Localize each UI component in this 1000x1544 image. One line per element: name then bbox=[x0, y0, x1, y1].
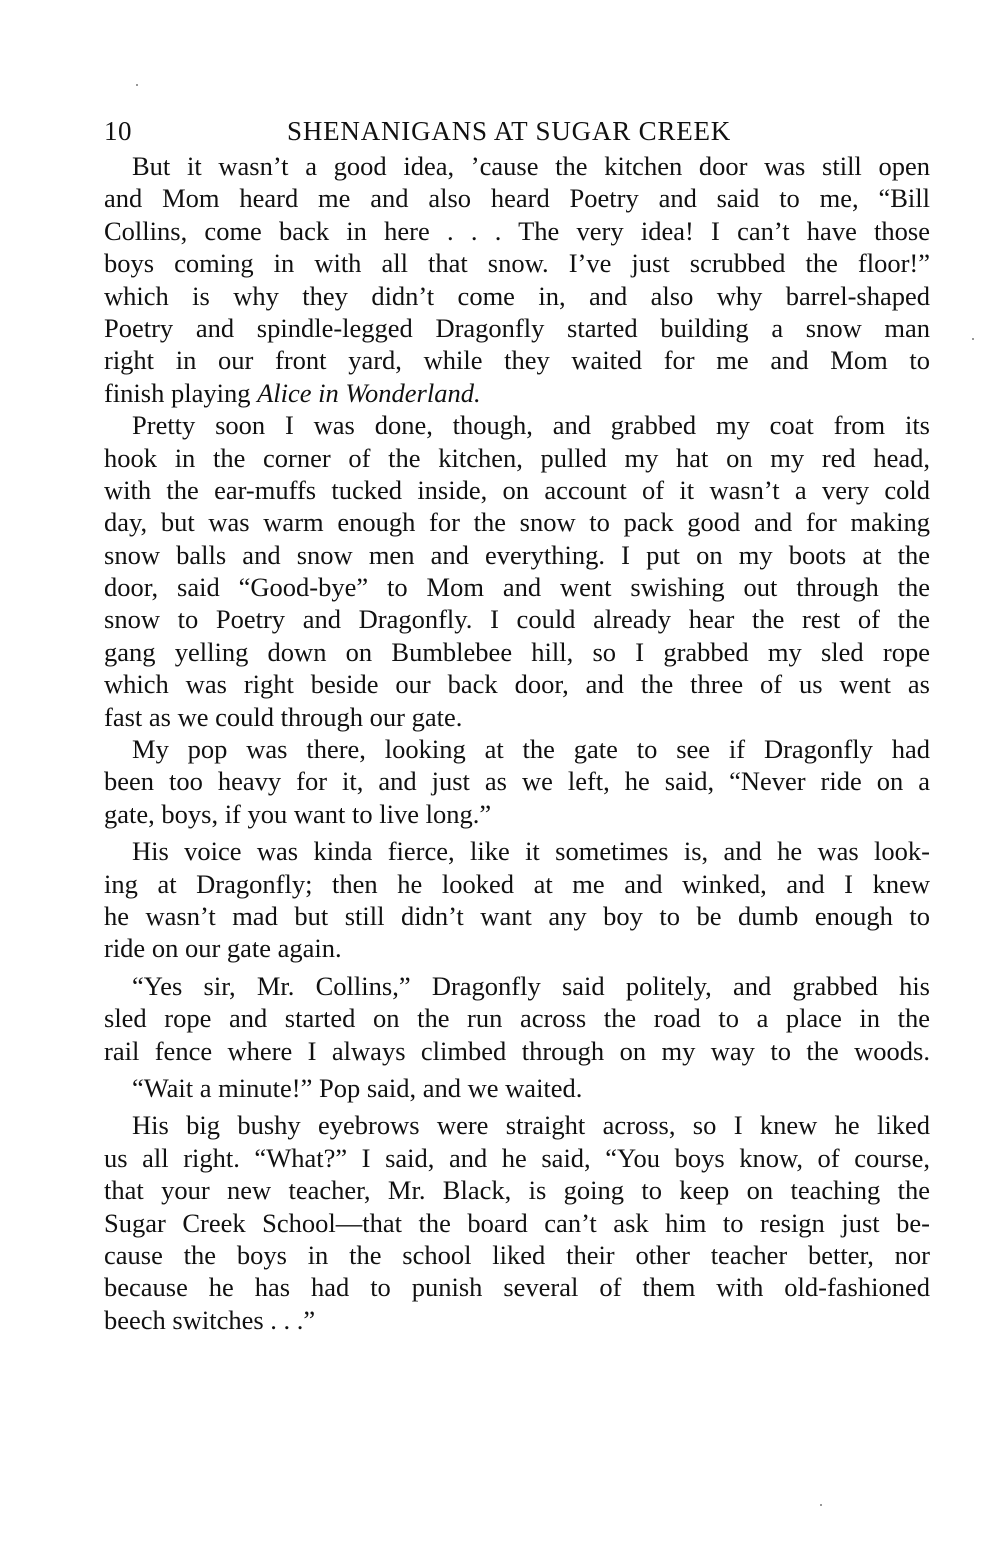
text-line: door, said “Good-bye” to Mom and went sw… bbox=[104, 571, 930, 603]
text-line: “Wait a minute!” Pop said, and we waited… bbox=[104, 1072, 930, 1104]
text-line: he wasn’t mad but still didn’t want any … bbox=[104, 900, 930, 932]
text-line: gang yelling down on Bumblebee hill, so … bbox=[104, 636, 930, 668]
text-line: ride on our gate again. bbox=[104, 932, 930, 964]
text-fragment: finish playing bbox=[104, 378, 257, 408]
text-line: fast as we could through our gate. bbox=[104, 701, 930, 733]
paragraph-2: Pretty soon I was done, though, and grab… bbox=[104, 409, 930, 733]
page-number: 10 bbox=[104, 116, 132, 147]
paragraph-1: But it wasn’t a good idea, ’cause the ki… bbox=[104, 150, 930, 409]
scan-speck bbox=[972, 338, 974, 340]
paragraph-7: His big bushy eyebrows were straight acr… bbox=[104, 1109, 930, 1336]
text-line: snow balls and snow men and everything. … bbox=[104, 539, 930, 571]
paragraph-5: “Yes sir, Mr. Collins,” Dragonfly said p… bbox=[104, 970, 930, 1067]
text-line: His big bushy eyebrows were straight acr… bbox=[104, 1109, 930, 1141]
text-line: which was right beside our back door, an… bbox=[104, 668, 930, 700]
text-line: His voice was kinda fierce, like it some… bbox=[104, 835, 930, 867]
text-line: us all right. “What?” I said, and he sai… bbox=[104, 1142, 930, 1174]
text-line: beech switches . . .” bbox=[104, 1304, 930, 1336]
running-title: SHENANIGANS AT SUGAR CREEK bbox=[287, 116, 731, 147]
text-line: hook in the corner of the kitchen, pulle… bbox=[104, 442, 930, 474]
text-line: which is why they didn’t come in, and al… bbox=[104, 280, 930, 312]
text-line: because he has had to punish several of … bbox=[104, 1271, 930, 1303]
text-line: Collins, come back in here . . . The ver… bbox=[104, 215, 930, 247]
text-line: cause the boys in the school liked their… bbox=[104, 1239, 930, 1271]
paragraph-6: “Wait a minute!” Pop said, and we waited… bbox=[104, 1072, 930, 1104]
text-line: finish playing Alice in Wonderland. bbox=[104, 377, 930, 409]
book-page: 10 SHENANIGANS AT SUGAR CREEK But it was… bbox=[0, 0, 1000, 1544]
text-line: right in our front yard, while they wait… bbox=[104, 344, 930, 376]
paragraph-3: My pop was there, looking at the gate to… bbox=[104, 733, 930, 830]
text-line: gate, boys, if you want to live long.” bbox=[104, 798, 930, 830]
text-line: Poetry and spindle-legged Dragonfly star… bbox=[104, 312, 930, 344]
paragraph-4: His voice was kinda fierce, like it some… bbox=[104, 835, 930, 965]
text-line: rail fence where I always climbed throug… bbox=[104, 1035, 930, 1067]
body-text: But it wasn’t a good idea, ’cause the ki… bbox=[104, 150, 930, 1336]
text-line: snow to Poetry and Dragonfly. I could al… bbox=[104, 603, 930, 635]
book-title-italic: Alice in Wonderland. bbox=[257, 378, 481, 408]
text-line: with the ear-muffs tucked inside, on acc… bbox=[104, 474, 930, 506]
scan-speck bbox=[136, 84, 138, 86]
scan-speck bbox=[820, 1504, 822, 1506]
text-line: that your new teacher, Mr. Black, is goi… bbox=[104, 1174, 930, 1206]
text-line: Sugar Creek School—that the board can’t … bbox=[104, 1207, 930, 1239]
text-line: Pretty soon I was done, though, and grab… bbox=[104, 409, 930, 441]
text-line: and Mom heard me and also heard Poetry a… bbox=[104, 182, 930, 214]
text-line: My pop was there, looking at the gate to… bbox=[104, 733, 930, 765]
text-line: “Yes sir, Mr. Collins,” Dragonfly said p… bbox=[104, 970, 930, 1002]
text-line: boys coming in with all that snow. I’ve … bbox=[104, 247, 930, 279]
text-line: But it wasn’t a good idea, ’cause the ki… bbox=[104, 150, 930, 182]
text-line: day, but was warm enough for the snow to… bbox=[104, 506, 930, 538]
text-line: sled rope and started on the run across … bbox=[104, 1002, 930, 1034]
text-line: ing at Dragonfly; then he looked at me a… bbox=[104, 868, 930, 900]
text-line: been too heavy for it, and just as we le… bbox=[104, 765, 930, 797]
